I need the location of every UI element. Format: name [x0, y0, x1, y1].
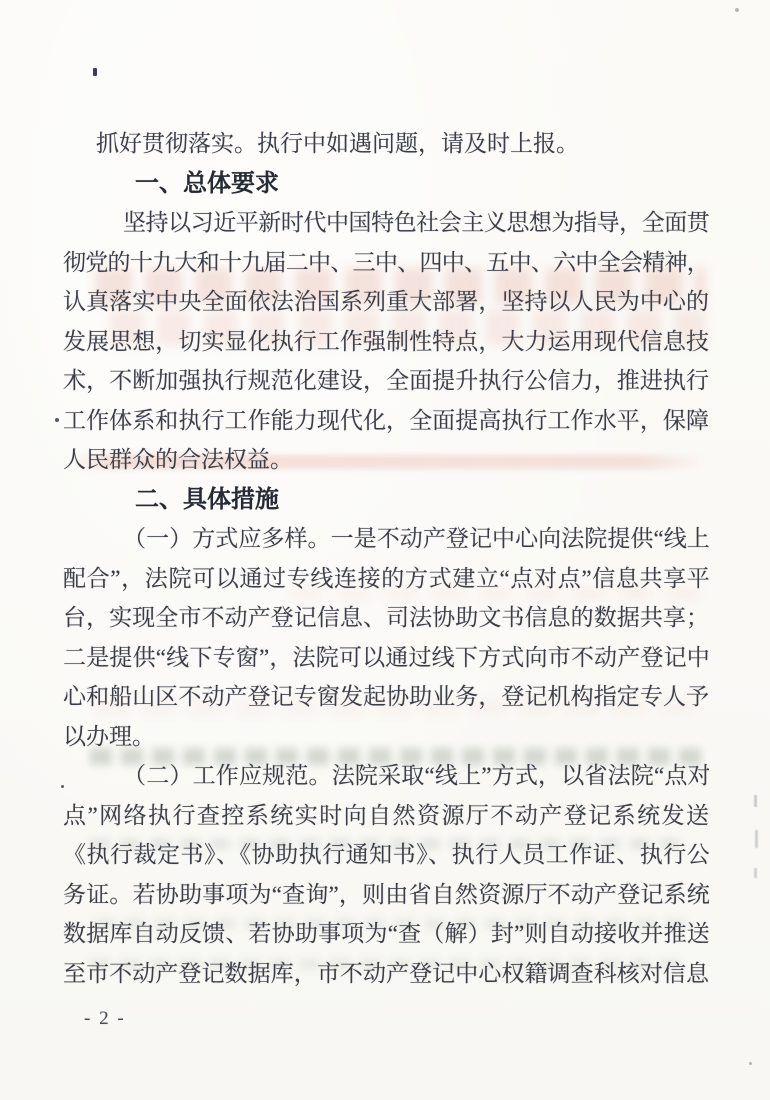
text-line: 工作体系和执行工作能力现代化，全面提高执行工作水平，保障 — [63, 401, 709, 441]
page-number: - 2 - — [84, 1008, 126, 1030]
text-line: 术，不断加强执行规范化建设，全面提升执行公信力，推进执行 — [63, 361, 709, 401]
text-line: 点”网络执行查控系统实时向自然资源厅不动产登记系统发送 — [63, 796, 709, 836]
ink-speck — [735, 8, 739, 12]
scanned-document-page: 抓好贯彻落实。执行中如遇问题，请及时上报。 一、总体要求 坚持以习近平新时代中国… — [0, 0, 770, 1100]
ink-speck — [93, 68, 97, 76]
text-line: 发展思想，切实显化执行工作强制性特点，大力运用现代信息技 — [63, 322, 709, 362]
text-line: 抓好贯彻落实。执行中如遇问题，请及时上报。 — [96, 124, 709, 164]
document-body: 抓好贯彻落实。执行中如遇问题，请及时上报。 一、总体要求 坚持以习近平新时代中国… — [63, 124, 709, 993]
ink-speck — [55, 418, 59, 422]
text-line: 台，实现全市不动产登记信息、司法协助文书信息的数据共享； — [63, 598, 709, 638]
text-line: （一）方式应多样。一是不动产登记中心向法院提供“线上 — [63, 519, 709, 559]
text-line: 至市不动产登记数据库，市不动产登记中心权籍调查科核对信息 — [63, 954, 709, 994]
scan-edge-mark — [754, 868, 757, 878]
scan-edge-mark — [754, 795, 757, 807]
text-line: 坚持以习近平新时代中国特色社会主义思想为指导，全面贯 — [63, 203, 709, 243]
scan-edge-mark — [755, 830, 758, 848]
text-line: 认真落实中央全面依法治国系列重大部署，坚持以人民为中心的 — [63, 282, 709, 322]
text-line: 《执行裁定书》、《协助执行通知书》、执行人员工作证、执行公 — [63, 835, 709, 875]
text-line: 数据库自动反馈、若协助事项为“查（解）封”则自动接收并推送 — [63, 914, 709, 954]
text-line: 二是提供“线下专窗”，法院可以通过线下方式向市不动产登记中 — [63, 638, 709, 678]
heading-specific-measures: 二、具体措施 — [63, 480, 709, 520]
text-line: 心和船山区不动产登记专窗发起协助业务，登记机构指定专人予 — [63, 677, 709, 717]
text-line: 彻党的十九大和十九届二中、三中、四中、五中、六中全会精神， — [63, 243, 709, 283]
text-line: 人民群众的合法权益。 — [63, 440, 709, 480]
ink-speck — [749, 1062, 752, 1065]
text-line: 务证。若协助事项为“查询”，则由省自然资源厅不动产登记系统 — [63, 875, 709, 915]
text-line: 配合”，法院可以通过专线连接的方式建立“点对点”信息共享平 — [63, 559, 709, 599]
text-line: （二）工作应规范。法院采取“线上”方式，以省法院“点对 — [63, 756, 709, 796]
heading-general-requirements: 一、总体要求 — [63, 164, 709, 204]
text-line: 以办理。 — [63, 717, 709, 757]
